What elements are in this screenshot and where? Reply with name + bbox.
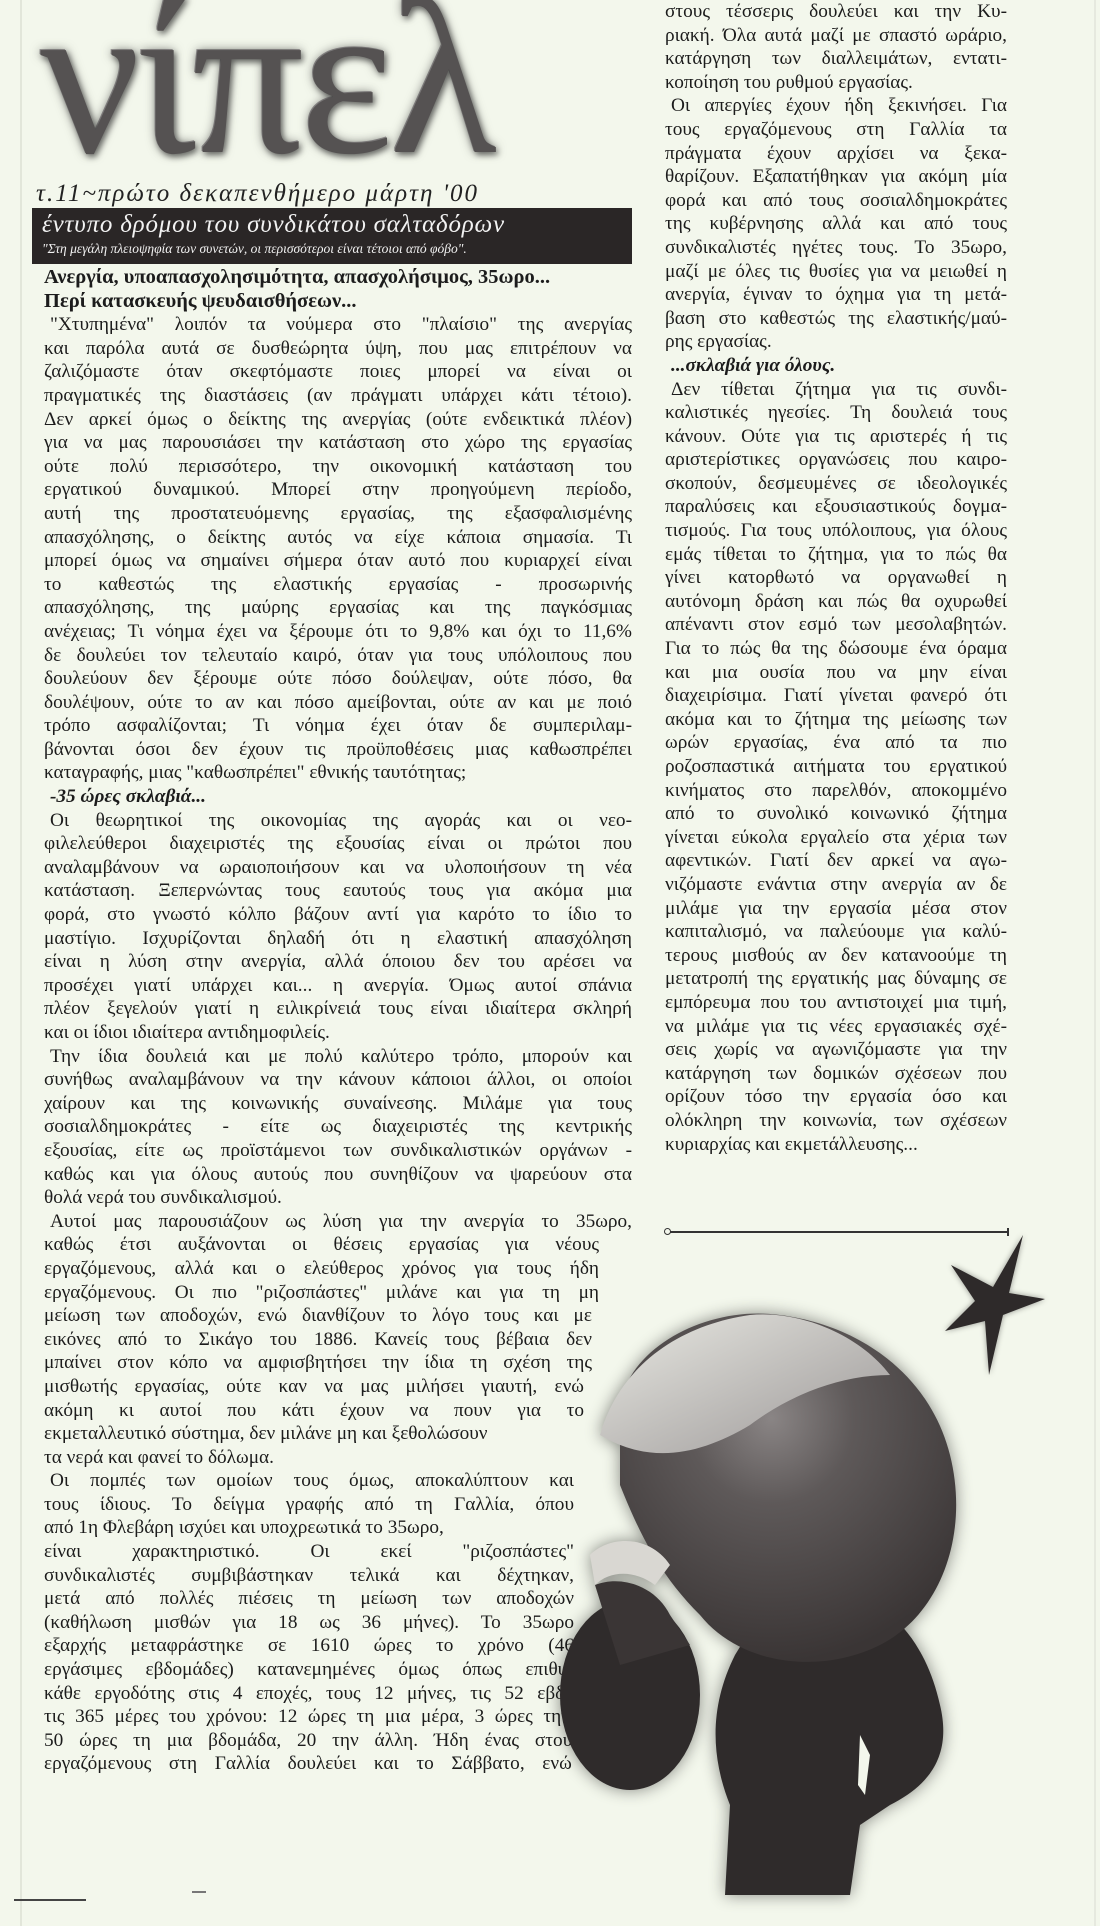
text-line: το καθεστώς της ελαστικής εργασίας - προ… (44, 573, 632, 597)
text-line: διαχειρίσιμα. Γιατί γίνεται φανερό ότι (665, 684, 1007, 708)
text-line: γίνει κατορθωτό να οργανωθεί η (665, 566, 1007, 590)
text-line: ριακή. Όλα αυτά μαζί με σπαστό ωράριο, (665, 24, 1007, 48)
text-line: βάνονται όσοι δεν έχουν τις προϋποθέσεις… (44, 738, 632, 762)
headline-line: Περί κατασκευής ψευδαισθήσεων... (44, 290, 632, 314)
masthead-banner: έντυπο δρόμου του συνδικάτου σαλταδόρων … (32, 208, 632, 264)
text-line: θαρίζουν. Εξαπατήθηκαν για ακόμη μία (665, 165, 1007, 189)
text-line: βαση στο καθεστώς της ελαστικής/μαύ- (665, 307, 1007, 331)
text-line: δε δουλεύει τον τελευταίο καιρό, όταν γι… (44, 644, 632, 668)
text-line: παραλύσεις και εξουσιαστικούς δογμα- (665, 495, 1007, 519)
text-line: μείωση των αποδοχών, ενώ διανθίζουν το λ… (44, 1304, 592, 1328)
left-column: Ανεργία, υποαπασχολησιμότητα, απασχολήσι… (44, 266, 632, 1776)
text-line: μπαίνει στον κόπο να αμφισβητήσει την ίδ… (44, 1351, 592, 1375)
text-line: ορίζουν τόσο την εργασία όσο και (665, 1085, 1007, 1109)
right-column: στους τέσσερις δουλεύει και την Κυ-ριακή… (665, 0, 1005, 1156)
masthead-title: νίπελ (40, 0, 650, 178)
text-line: Για το πώς θα της δώσουμε ένα όραμα (665, 637, 1007, 661)
text-line: απέναντι στον εσμό των μεσολαβητών. (665, 613, 1007, 637)
text-line: Δεν αρκεί όμως ο δείκτης της ανεργίας (ο… (44, 408, 632, 432)
text-line: πλέον ξεγελούν γιατί η ειλικρίνειά τους … (44, 997, 632, 1021)
text-line: νιζόμαστε ενάντια στην ανεργία αν δε (665, 873, 1007, 897)
banner-quote: "Στη μεγάλη πλειοψηφία των συνετών, οι π… (42, 240, 632, 258)
text-line: εργατικού δυναμικού. Μπορεί στην προηγού… (44, 478, 632, 502)
text-line: προσέχει γιατί υπάρχει και... η ανεργία.… (44, 974, 632, 998)
text-line: δουλέψουν, ούτε το αν και πόσο αμείβοντα… (44, 691, 632, 715)
text-line: αφεντικών. Γιατί δεν αρκεί να αγω- (665, 849, 1007, 873)
text-line: κάθε εργοδότης στις 4 εποχές, τους 12 μή… (44, 1682, 624, 1706)
headline-line: Ανεργία, υποαπασχολησιμότητα, απασχολήσι… (44, 266, 632, 290)
text-line: απασχόλησης, της μαύρης εργασίας και της… (44, 596, 632, 620)
text-line: συνδικαλιστές συμβιβάστηκαν τελικά και δ… (44, 1564, 574, 1588)
text-line: φορά, στο γνωστό κόλπο βάζουν αντί για κ… (44, 903, 632, 927)
text-line: από 1η Φλεβάρη ισχύει και υποχρεωτικά το… (44, 1516, 574, 1540)
text-line: εργαζόμενους στη Γαλλία δουλεύει και το … (44, 1752, 624, 1776)
text-line: αναλαμβάνουν να ωραιοποιήσουν και να υλο… (44, 856, 632, 880)
text-line: Οι απεργίες έχουν ήδη ξεκινήσει. Για (665, 94, 1007, 118)
text-line: της κυβέρνησης αλλά και από τους (665, 212, 1007, 236)
text-line: κάνουν. Ούτε για τις αριστερές ή τις (665, 425, 1007, 449)
text-line: μαζί με όλες τις θυσίες για να μειωθεί η (665, 260, 1007, 284)
text-line: πραγματικές της διαστάσεις (αν πράγματι … (44, 384, 632, 408)
text-line: ολόκληρη την κοινωνία, των σχέσεων (665, 1109, 1007, 1133)
text-line: τους ίδιους. Το δείγμα γραφής από τη Γαλ… (44, 1493, 574, 1517)
footer-rule (14, 1899, 86, 1901)
text-line: αυτόνομη δράση και πώς θα οχυρωθεί (665, 590, 1007, 614)
text-line: δουλεύουν δεν ξέρουμε ούτε πόσο δούλεψαν… (44, 667, 632, 691)
text-line: γίνεται εύκολα εργαλείο στα χέρια των (665, 826, 1007, 850)
section-subheading: -35 ώρες σκλαβιά... (44, 785, 632, 809)
text-line: εικόνες από το Σικάγο του 1886. Κανείς τ… (44, 1328, 592, 1352)
text-line: ωρών εργασίας, ένα από τα πιο (665, 731, 1007, 755)
text-line: από το συνολικό κοινωνικό ζήτημα (665, 802, 1007, 826)
text-line: και οι ίδιοι ιδιαίτερα αντιδημοφιλείς. (44, 1021, 632, 1045)
hooded-figure-silhouette (560, 1285, 1000, 1895)
text-line: καθώς και για όλους αυτούς που συνηθίζου… (44, 1163, 632, 1187)
text-line: εκμεταλλευτικό σύστημα, δεν μιλάνε μη κα… (44, 1422, 584, 1446)
text-line: ρης εργασίας. (665, 330, 1007, 354)
text-line: χαίρουν και της κοινωνικής συναίνεσης. Μ… (44, 1092, 632, 1116)
text-line: μετατροπή της εργατικής μας δύναμης σε (665, 967, 1007, 991)
text-line: μετά από πολλές πιέσεις τη μείωση των απ… (44, 1587, 574, 1611)
text-line: ζαλιζόμαστε όταν σκεφτόμαστε ποιες μπορε… (44, 360, 632, 384)
right-column-body: στους τέσσερις δουλεύει και την Κυ-ριακή… (665, 0, 1005, 1156)
text-line: τισμούς. Για τους υπόλοιπους, για όλους (665, 519, 1007, 543)
text-line: Αυτοί μας παρουσιάζουν ως λύση για την α… (44, 1210, 632, 1234)
text-line: είναι χαρακτηριστικό. Οι εκεί "ριζοσπάστ… (44, 1540, 574, 1564)
text-line: θολά νερά του συνδικαλισμού. (44, 1186, 632, 1210)
text-line: φορά και από τους σοσιαλδημοκράτες (665, 189, 1007, 213)
text-line: εξαρχής μεταφράστηκε σε 1610 ώρες το χρό… (44, 1634, 574, 1658)
text-line: (καθήλωση μισθών για 18 ως 36 μήνες). Το… (44, 1611, 574, 1635)
text-line: τρόπο ασφαλίζονται; Τι νόημα έχει όταν δ… (44, 714, 632, 738)
text-line: σοσιαλδημοκράτες - είτε ως διαχειριστές … (44, 1115, 632, 1139)
text-line: Δεν τίθεται ζήτημα για τις συνδι- (665, 378, 1007, 402)
section-subheading: ...σκλαβιά για όλους. (665, 354, 1007, 378)
text-line: μιλάμε για την εργασία μέσα στον (665, 897, 1007, 921)
text-line: Οι πομπές των ομοίων τους όμως, αποκαλύπ… (44, 1469, 574, 1493)
text-line: και μια ουσία που να μην είναι (665, 661, 1007, 685)
text-line: καθώς έτσι αυξάνονται οι θέσεις εργασίας… (44, 1233, 599, 1257)
text-line: κινήματος στο παρελθόν, αποκομμένο (665, 779, 1007, 803)
text-line: ούτε πολύ περισσότερο, την οικονομική κα… (44, 455, 632, 479)
text-line: σεις χωρίς να αγωνιζόμαστε για την (665, 1038, 1007, 1062)
text-line: μπορεί όμως να σημαίνει σήμερα όταν αυτό… (44, 549, 632, 573)
text-line: εργαζόμενους. Οι πιο "ριζοσπάστες" μιλάν… (44, 1281, 599, 1305)
text-line: είναι η λύση στην ανεργία, αλλά όποιου δ… (44, 950, 632, 974)
text-line: φιλελεύθεροι διαχειριστές της εξουσίας ε… (44, 832, 632, 856)
text-line: τις 365 μέρες του χρόνου: 12 ώρες τη μια… (44, 1705, 624, 1729)
text-line: Οι θεωρητικοί της οικονομίας της αγοράς … (44, 809, 632, 833)
text-line: απασχόλησης, ο δείκτης αυτός να είχε κάπ… (44, 526, 632, 550)
text-line: στους τέσσερις δουλεύει και την Κυ- (665, 0, 1007, 24)
text-line: μισθωτής εργασίας, ούτε καν να μας μιλήσ… (44, 1375, 584, 1399)
text-line: αριστερίστικες οργανώσεις που καιρο- (665, 448, 1007, 472)
text-line: τερους μισθούς αν δεν κατανοούμε τη (665, 944, 1007, 968)
text-line: εξουσίας, είτε ως προϊστάμενοι των συνδι… (44, 1139, 632, 1163)
text-line: καπιταλισμό, να παλεύουμε για καλύ- (665, 920, 1007, 944)
banner-title: έντυπο δρόμου του συνδικάτου σαλταδόρων (42, 210, 632, 240)
text-line: μαστίγιο. Ισχυρίζονται δηλαδή ότι η ελασ… (44, 927, 632, 951)
footer-dash (192, 1891, 206, 1893)
text-line: συνήθως αναλαμβάνουν να την κάνουν κάποι… (44, 1068, 632, 1092)
text-line: κατάργηση των δομικών σχέσεων που (665, 1062, 1007, 1086)
text-line: και παρόλα αυτά σε δυσθεώρητα ύψη, που μ… (44, 337, 632, 361)
text-line: καταγραφής, μιας "καθωσπρέπει" εθνικής τ… (44, 761, 632, 785)
page-edge-rule (20, 0, 22, 1926)
text-line: αυτή της προστατευόμενης εργασίας, της ε… (44, 502, 632, 526)
illustration (560, 1235, 1090, 1895)
text-line: εργαζόμενους, αλλά και ο ελεύθερος χρόνο… (44, 1257, 599, 1281)
text-line: να μιλάμε για τις νέες εργασιακές σχέ- (665, 1015, 1007, 1039)
text-line: εργάσιμες εβδομάδες) κατανεμημένες όμως … (44, 1658, 624, 1682)
text-line: τα νερά και φανεί το δόλωμα. (44, 1446, 632, 1470)
text-line: τους εργαζόμενους στη Γαλλία τα (665, 118, 1007, 142)
text-line: κυριαρχίας και εκμετάλλευσης... (665, 1133, 1007, 1157)
text-line: συνδικαλιστές ηγέτες τους. Το 35ωρο, (665, 236, 1007, 260)
text-line: πράγματα έχουν αρχίσει να ξεκα- (665, 142, 1007, 166)
text-line: Την ίδια δουλειά και με πολύ καλύτερο τρ… (44, 1045, 632, 1069)
text-line: εμπόρευμα που του αντιστοιχεί μια τιμή, (665, 991, 1007, 1015)
text-line: ακόμη κι αυτοί που κάτι έχουν να πουν γι… (44, 1399, 584, 1423)
text-line: σκοπούν, δεσμευμένες σε ιδεολογικές (665, 472, 1007, 496)
page-right-edge (1094, 0, 1096, 1926)
text-line: ανεργία, έγιναν το όχημα για τη μετά- (665, 283, 1007, 307)
text-line: εμάς τίθεται το ζήτημα, για το πώς θα (665, 543, 1007, 567)
text-line: ροζοσπαστικά αιτήματα του εργατικού (665, 755, 1007, 779)
text-line: κατάσταση. Ξεπερνώντας τους εαυτούς τους… (44, 879, 632, 903)
text-line: κατάργηση των διαλλειμάτων, εντατι- (665, 47, 1007, 71)
article-end-rule (667, 1231, 1007, 1233)
issue-line: τ.11~πρώτο δεκαπενθήμερο μάρτη '00 (36, 180, 636, 208)
text-line: ανέχειας; Τι νόημα έχει να ξέρουμε ότι τ… (44, 620, 632, 644)
text-line: για να μας παρουσιάσει την κατάσταση στο… (44, 431, 632, 455)
left-column-body: "Χτυπημένα" λοιπόν τα νούμερα στο "πλαίσ… (44, 313, 632, 1776)
text-line: 50 ώρες τη μια βδομάδα, 20 την άλλη. Ήδη… (44, 1729, 624, 1753)
text-line: "Χτυπημένα" λοιπόν τα νούμερα στο "πλαίσ… (44, 313, 632, 337)
text-line: κοποίηση του ρυθμού εργασίας. (665, 71, 1007, 95)
text-line: ακόμα και το ζήτημα της μείωσης των (665, 708, 1007, 732)
text-line: καλιστικές ηγεσίες. Τη δουλειά τους (665, 401, 1007, 425)
